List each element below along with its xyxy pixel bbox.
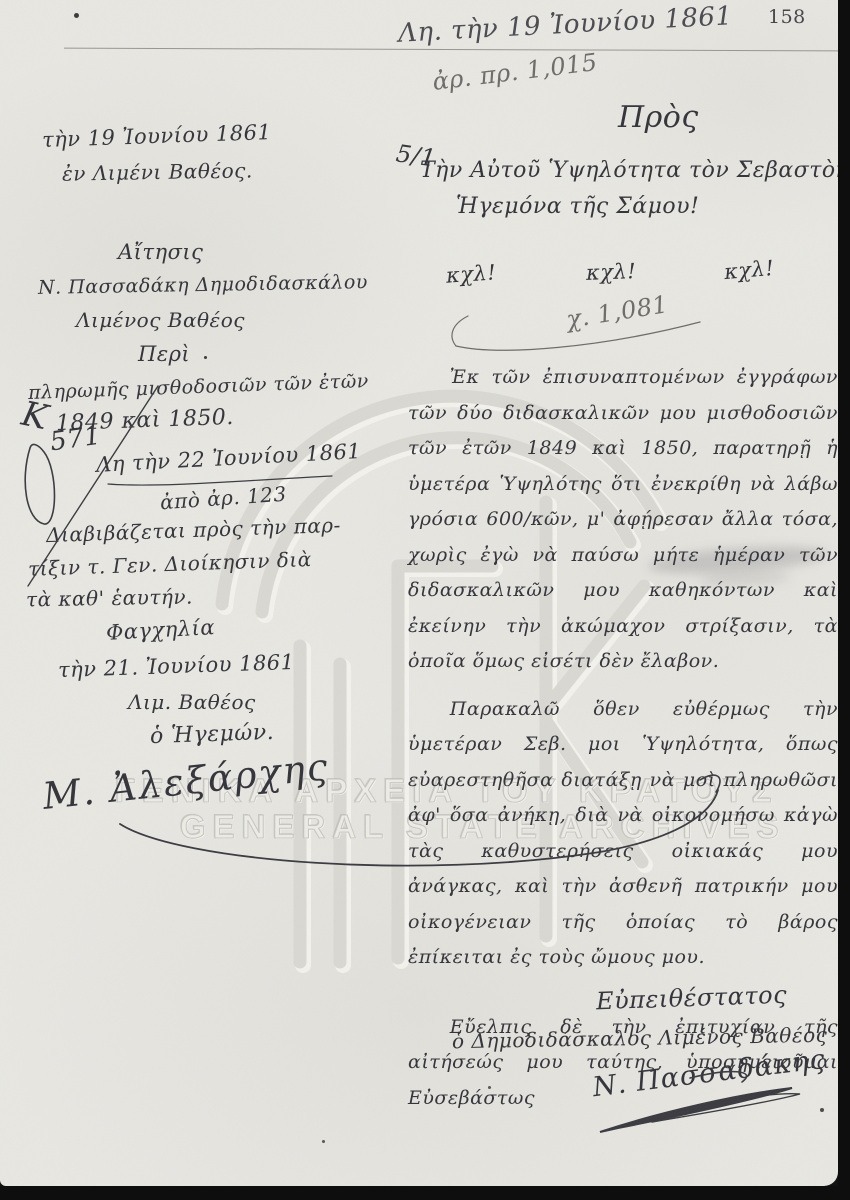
recipient-line1: Τὴν Αὐτοῦ Ὑψηλότητα τὸν Σεβαστὸν — [420, 158, 850, 183]
clerk-name: Φαγχηλία — [105, 615, 215, 645]
paper-speck — [74, 13, 79, 18]
recipient-line2: Ἡγεμόνα τῆς Σάμου! — [456, 194, 699, 219]
checkmark-1: κχλ! — [445, 260, 497, 287]
scan-edge-right — [838, 0, 850, 1200]
registry-note-line2: τίξιν τ. Γεν. Διοίκησιν διὰ — [28, 547, 312, 581]
applicant-line2: Λιμένος Βαθέος — [76, 308, 245, 332]
subject-label: Περὶ — [138, 342, 190, 366]
doc-type-label: Αἴτησις — [118, 240, 203, 264]
paper-speck — [204, 356, 207, 359]
registry-note-line1: Διαβιβάζεται πρὸς τὴν παρ- — [46, 513, 342, 547]
recipient-salutation: Πρὸς — [618, 100, 699, 135]
subject-line1: πληρωμῆς μισθοδοσιῶν τῶν ἐτῶν — [28, 370, 369, 404]
header-rule — [64, 48, 838, 52]
margin-mark-number: 571 — [48, 421, 103, 458]
decision-signoff: ὁ Ἡγεμών. — [150, 720, 275, 749]
decision-date-line1: τὴν 21. Ἰουνίου 1861 — [58, 650, 295, 682]
registry-note-line3: τὰ καθ' ἑαυτήν. — [26, 585, 193, 612]
pencil-protocol-number: χ. 1,081 — [564, 290, 670, 334]
margin-mark-letter: Κ — [18, 394, 52, 439]
header-protocol-line: ἀρ. πρ. 1,015 — [431, 48, 599, 96]
scan-edge-bottom — [0, 1186, 850, 1200]
left-date-line2: ἐν Λιμένι Βαθέος. — [62, 158, 253, 185]
left-date-line1: τὴν 19 Ἰουνίου 1861 — [42, 120, 272, 152]
scanned-archive-page: { "document": { "folio_number": "158", "… — [0, 0, 850, 1200]
registry-number: ἀπὸ ἀρ. 123 — [159, 482, 287, 515]
header-registry-line: Λη. τὴν 19 Ἰουνίου 1861 — [397, 1, 733, 48]
decision-date-line2: Λιμ. Βαθέος — [128, 690, 256, 714]
applicant-line1: Ν. Πασσαδάκη Δημοδιδασκάλου — [38, 271, 368, 299]
paper-sheet: ΓΕΝΙΚΑ ΑΡΧΕΙΑ ΤΟΥ ΚΡΑΤΟΥΣ GENERAL STATE … — [0, 0, 838, 1186]
folio-number: 158 — [768, 6, 806, 28]
body-paragraph-1: Ἐκ τῶν ἐπισυναπτομένων ἐγγράφων τῶν δύο … — [408, 360, 838, 680]
paper-speck — [322, 1140, 325, 1143]
body-paragraph-2: Παρακαλῶ ὅθεν εὐθέρμως τὴν ὑμετέραν Σεβ.… — [408, 692, 838, 976]
checkmark-3: κχλ! — [723, 256, 775, 284]
registry-date: Λη τὴν 22 Ἰουνίου 1861 — [96, 439, 362, 477]
checkmark-2: κχλ! — [586, 259, 637, 285]
